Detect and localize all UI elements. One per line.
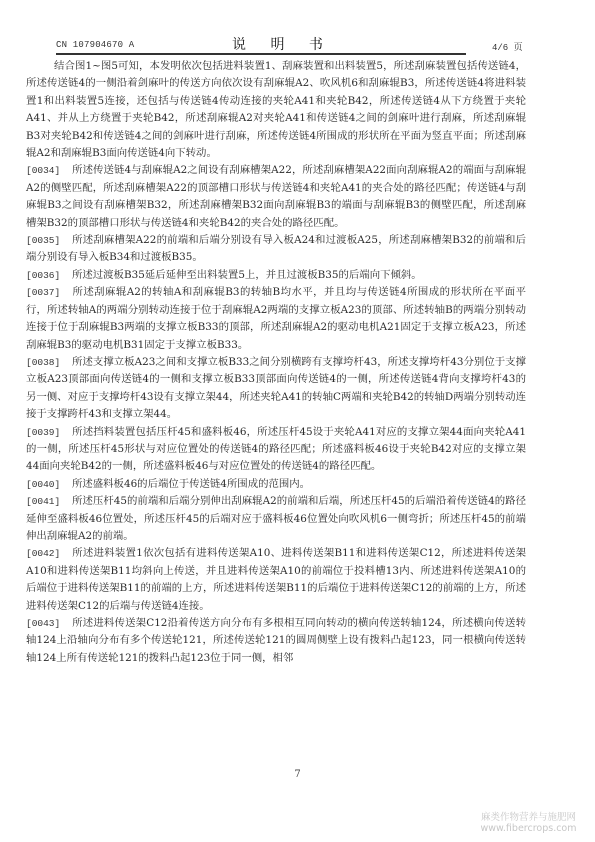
paragraph-text: 所述压杆45的前端和后端分别伸出刮麻辊A2的前端和后端，所述压杆45的后端沿着传… — [26, 495, 526, 542]
page-header: CN 107904670 A 说 明 书 4/6 页 — [56, 34, 466, 52]
paragraph-number: [0035] — [26, 232, 72, 249]
watermark-site-name: 麻类作物营养与施肥网 — [466, 812, 591, 823]
paragraph-0041: [0041]所述压杆45的前端和后端分别伸出刮麻辊A2的前端和后端，所述压杆45… — [26, 493, 526, 545]
paragraph-number: [0042] — [26, 545, 72, 562]
site-watermark: 麻类作物营养与施肥网 www.fibercrops.com — [466, 812, 591, 834]
paragraph-0035: [0035]所述刮麻槽架A22的前端和后端分别设有导入板A24和过渡板A25，所… — [26, 232, 526, 267]
paragraph-number: [0040] — [26, 476, 72, 493]
paragraph-text: 所述挡料装置包括压杆45和盛料板46，所述压杆45设于夹轮A41对应的支撑立架4… — [26, 426, 526, 473]
paragraph-0039: [0039]所述挡料装置包括压杆45和盛料板46，所述压杆45设于夹轮A41对应… — [26, 424, 526, 476]
paragraph-text: 所述进料装置1依次包括有进料传送架A10、进料传送架B11和进料传送架C12，所… — [26, 547, 526, 611]
paragraph-text: 所述支撑立板A23之间和支撑立板B33之间分别横跨有支撑垮杆43，所述支撑垮杆4… — [26, 356, 526, 420]
paragraph-text: 所述刮麻辊A2的转轴A和刮麻辊B3的转轴B均水平，并且均与传送链4所围成的形状所… — [26, 286, 526, 350]
paragraph-0036: [0036]所述过渡板B35延后延伸至出料装置5上，并且过渡板B35的后端向下倾… — [26, 267, 526, 284]
paragraph-text: 所述进料传送架C12沿着传送方向分布有多根相互同向转动的横向传送转轴124，所述… — [26, 617, 526, 664]
paragraph-number: [0034] — [26, 162, 72, 179]
paragraph-0038: [0038]所述支撑立板A23之间和支撑立板B33之间分别横跨有支撑垮杆43，所… — [26, 354, 526, 424]
paragraph-0037: [0037]所述刮麻辊A2的转轴A和刮麻辊B3的转轴B均水平，并且均与传送链4所… — [26, 284, 526, 354]
document-title: 说 明 书 — [232, 34, 333, 54]
paragraph-number: [0038] — [26, 354, 72, 371]
paragraph-text: 所述传送链4与刮麻辊A2之间设有刮麻槽架A22，所述刮麻槽架A22面向刮麻辊A2… — [26, 164, 526, 228]
paragraph-text: 所述过渡板B35延后延伸至出料装置5上，并且过渡板B35的后端向下倾斜。 — [72, 269, 422, 281]
paragraph-number: [0036] — [26, 267, 72, 284]
paragraph-0043: [0043]所述进料传送架C12沿着传送方向分布有多根相互同向转动的横向传送转轴… — [26, 615, 526, 667]
publication-number: CN 107904670 A — [56, 40, 134, 50]
paragraph-text: 结合图1~图5可知，本发明依次包括进料装置1、刮麻装置和出料装置5，所述刮麻装置… — [26, 60, 526, 159]
paragraph-number: [0037] — [26, 284, 72, 301]
paragraph-number: [0039] — [26, 424, 72, 441]
paragraph-number: [0041] — [26, 493, 72, 510]
page-indicator: 4/6 页 — [492, 40, 523, 53]
page-number: 7 — [0, 769, 595, 780]
paragraph-text: 所述盛料板46的后端位于传送链4所围成的范围内。 — [72, 478, 310, 490]
document-body: 结合图1~图5可知，本发明依次包括进料装置1、刮麻装置和出料装置5，所述刮麻装置… — [26, 58, 526, 667]
paragraph-0040: [0040]所述盛料板46的后端位于传送链4所围成的范围内。 — [26, 476, 526, 493]
paragraph-intro: 结合图1~图5可知，本发明依次包括进料装置1、刮麻装置和出料装置5，所述刮麻装置… — [26, 58, 526, 162]
paragraph-text: 所述刮麻槽架A22的前端和后端分别设有导入板A24和过渡板A25，所述刮麻槽架B… — [26, 234, 526, 263]
paragraph-0034: [0034]所述传送链4与刮麻辊A2之间设有刮麻槽架A22，所述刮麻槽架A22面… — [26, 162, 526, 232]
paragraph-number: [0043] — [26, 615, 72, 632]
watermark-url: www.fibercrops.com — [466, 823, 591, 834]
paragraph-0042: [0042]所述进料装置1依次包括有进料传送架A10、进料传送架B11和进料传送… — [26, 545, 526, 615]
header-divider — [56, 53, 466, 55]
